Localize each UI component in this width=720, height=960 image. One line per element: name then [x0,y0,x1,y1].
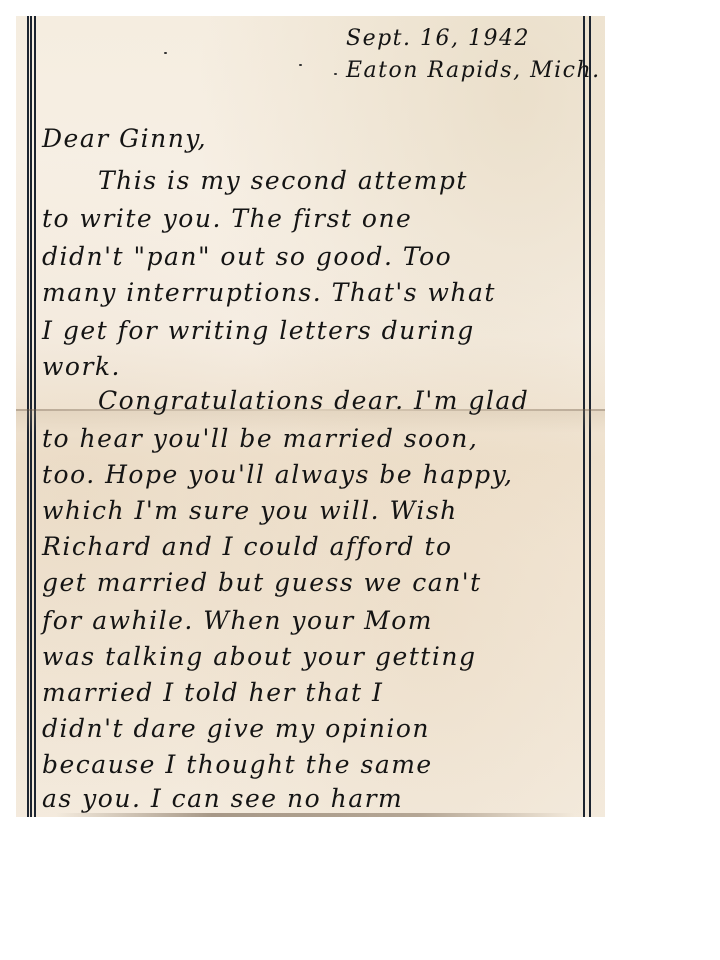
letter-line: was talking about your getting [42,642,476,671]
paper-speck [164,52,167,54]
letter-line: Congratulations dear. I'm glad [98,386,529,415]
letter-line: work. [42,352,121,381]
letter-line: to write you. The first one [42,204,412,233]
letter-date: Sept. 16, 1942 [346,26,530,51]
letter-line: married I told her that I [42,678,383,707]
paper-speck [299,64,302,66]
letter-line: as you. I can see no harm [42,784,403,813]
letter-line: many interruptions. That's what [42,278,496,307]
letter-line: to hear you'll be married soon, [42,424,478,453]
torn-bottom-edge [56,813,575,817]
letter-line: because I thought the same [42,750,433,779]
letter-line: for awhile. When your Mom [42,606,433,635]
letter-line: didn't "pan" out so good. Too [42,242,452,271]
letter-line: which I'm sure you will. Wish [42,496,458,525]
letter-line: too. Hope you'll always be happy, [42,460,513,489]
letter-place: Eaton Rapids, Mich. [346,58,601,83]
paper-speck [334,73,337,75]
letter-line: I get for writing letters during [42,316,475,345]
letter-page: Sept. 16, 1942 Eaton Rapids, Mich. Dear … [16,16,605,817]
letter-line: Richard and I could afford to [42,532,453,561]
letter-line: didn't dare give my opinion [42,714,430,743]
letter-salutation: Dear Ginny, [42,124,207,153]
letter-line: get married but guess we can't [42,568,482,597]
letter-line: This is my second attempt [98,166,468,195]
